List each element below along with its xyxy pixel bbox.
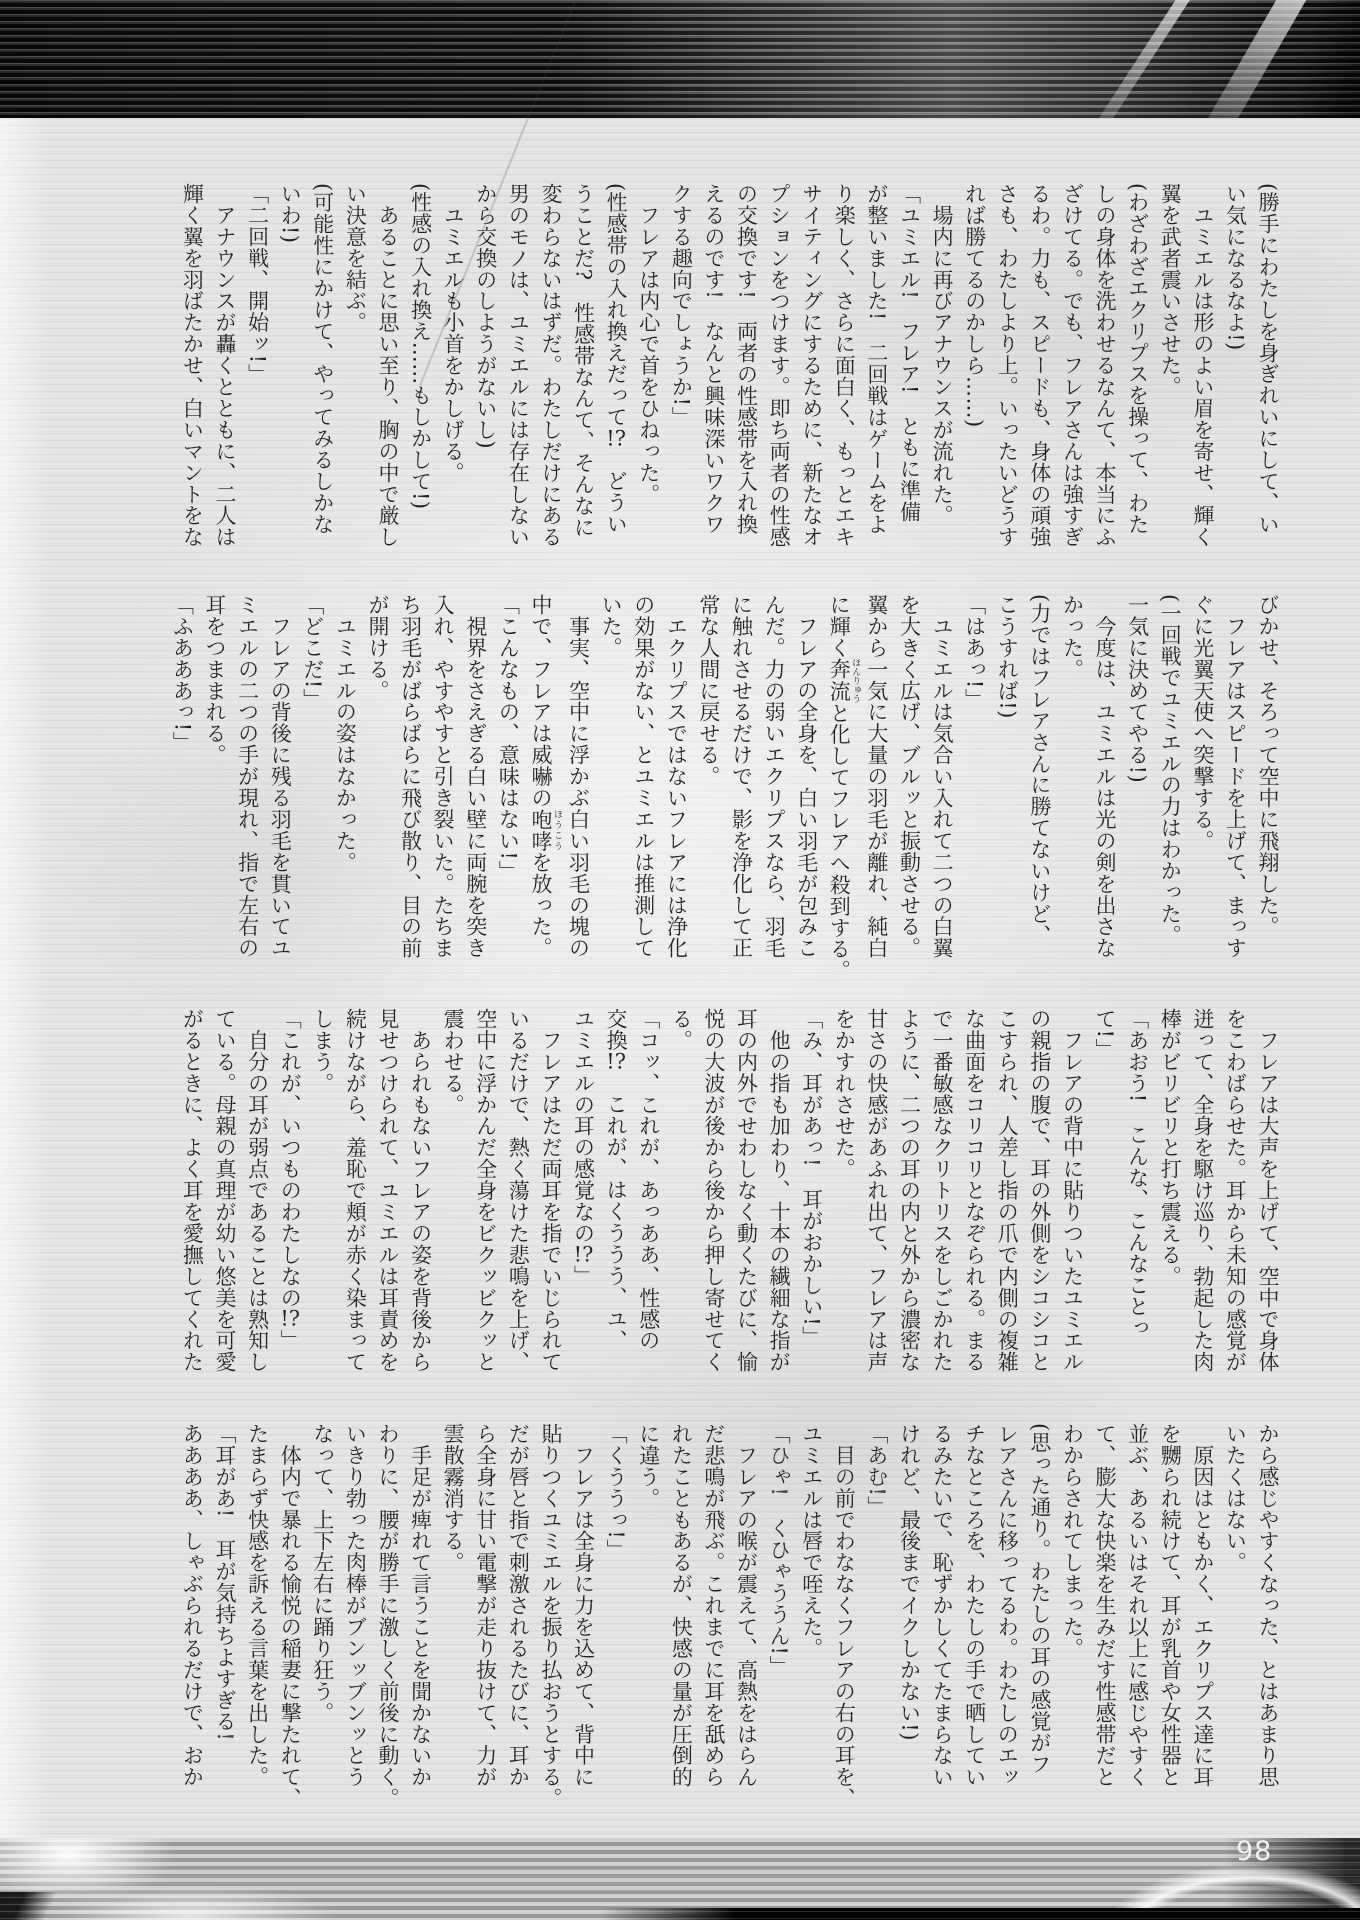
text-column: だ悲鳴が飛ぶ。これまでに耳を舐めら — [697, 1423, 730, 1813]
text-column: 耳の内外でせわしなく動くたびに、愉 — [730, 1008, 763, 1398]
text-column: 棒がビリビリと打ち震える。 — [1154, 1008, 1187, 1398]
text-column: アナウンスが轟くとともに、二人は — [208, 183, 241, 573]
text-column: 「あおう! こんな、こんなことっ — [1121, 1008, 1154, 1398]
text-column: 「はあっ!」 — [958, 594, 991, 984]
text-column: 震わせる。 — [437, 1008, 470, 1398]
text-column: ユミエルは気合い入れて二つの白翼 — [925, 594, 958, 984]
text-column: フレアは内心で首をひねった。 — [632, 183, 665, 573]
text-column: チなところを、わたしの手で晒してい — [958, 1423, 991, 1813]
text-column: 自分の耳が弱点であることは熟知し — [241, 1008, 274, 1398]
text-column: フレアの背中に貼りついたユミエル — [1056, 1008, 1089, 1398]
text-column: (思った通り。わたしの耳の感覚がフ — [1023, 1423, 1056, 1813]
text-column: 「二回戦、開始ッ!」 — [241, 183, 274, 573]
text-column: いたくはない。 — [1219, 1423, 1252, 1813]
text-column: 「ふあああっ!」 — [166, 594, 199, 984]
text-column: 手足が痺れて言うことを聞かないか — [404, 1423, 437, 1813]
text-column: れば勝てるのかしら……) — [958, 183, 991, 573]
scanned-novel-page: (勝手にわたしを身ぎれいにして、いい気になるなよ!) ユミエルは形のよい眉を寄せ… — [0, 0, 1360, 1920]
text-column: (性感帯の入れ換えだって!? どうい — [600, 183, 633, 573]
text-column: さも、わたしより上。いったいどうす — [991, 183, 1024, 573]
text-column: (性感の入れ換え……もしかして!) — [404, 183, 437, 573]
text-column: えるのです! なんと興味深いワクワ — [697, 183, 730, 573]
text-column: 並ぶ、あるいはそれ以上に感じやすく — [1121, 1423, 1154, 1813]
text-column: を大きく広げ、ブルッと振動させる。 — [893, 594, 926, 984]
text-column: フレアは全身に力を込めて、背中に — [567, 1423, 600, 1813]
text-column: をかすれさせた。 — [828, 1008, 861, 1398]
text-column: い気になるなよ!) — [1219, 183, 1252, 573]
footer-corner-shadow — [0, 1892, 80, 1920]
text-column: に違う。 — [632, 1423, 665, 1813]
text-column: 目の前でわななくフレアの右の耳を、 — [828, 1423, 861, 1813]
footer-black-edge — [600, 1908, 1360, 1920]
text-column: に触れさせるだけで、影を浄化して正 — [725, 594, 758, 984]
text-column: 悦の大波が後から後から押し寄せてく — [697, 1008, 730, 1398]
text-column: あることに思い至り、胸の中で厳し — [371, 183, 404, 573]
text-column: プションをつけます。即ち両者の性感 — [763, 183, 796, 573]
text-column: て、膨大な快楽を生みだす性感帯だと — [1088, 1423, 1121, 1813]
text-column: 続けながら、羞恥で頬が赤く染まって — [339, 1008, 372, 1398]
text-column: 今度は、ユミエルは光の剣を出さな — [1088, 594, 1121, 984]
text-column: を嬲られ続けて、耳が乳首や女性器と — [1154, 1423, 1187, 1813]
text-band-2: びかせ、そろって空中に飛翔した。 フレアはスピードを上げて、まっすぐに光翼天使へ… — [168, 594, 1284, 984]
text-column: が整いました! 二回戦はゲームをよ — [860, 183, 893, 573]
text-column: ミエルの二つの手が現れ、指で左右の — [231, 594, 264, 984]
text-band-3: フレアは大声を上げて、空中で身体をこわばらせた。耳から未知の感覚が迸って、全身を… — [168, 1008, 1284, 1398]
light-streak — [1066, 0, 1201, 118]
text-column: 体内で暴れる愉悦の稲妻に撃たれて、 — [274, 1423, 307, 1813]
text-column: 場内に再びアナウンスが流れた。 — [925, 183, 958, 573]
text-column: 見せつけられて、ユミエルは耳責めを — [371, 1008, 404, 1398]
text-column: 空中に浮かんだ全身をビクッビクッと — [469, 1008, 502, 1398]
text-column: しまう。 — [306, 1008, 339, 1398]
text-column: 中で、フレアは威嚇の咆哮ほうこうを放った。 — [524, 594, 562, 984]
text-column: 雲散霧消する。 — [437, 1423, 470, 1813]
text-column: から感じやすくなった、とはあまり思 — [1251, 1423, 1284, 1813]
text-column: いた。 — [595, 594, 628, 984]
text-column: クする趣向でしょうか!」 — [665, 183, 698, 573]
text-band-1: (勝手にわたしを身ぎれいにして、いい気になるなよ!) ユミエルは形のよい眉を寄せ… — [168, 183, 1284, 573]
text-column: (一回戦でユミエルの力はわかった。 — [1154, 594, 1187, 984]
text-column: ている。母親の真理が幼い悠美を可愛 — [208, 1008, 241, 1398]
text-column: 変わらないはずだ。わたしだけにある — [534, 183, 567, 573]
text-column: ら全身に甘い電撃が走り抜けて、力が — [469, 1423, 502, 1813]
text-column: んだ。力の弱いエクリプスなら、羽毛 — [758, 594, 791, 984]
text-column: ユミエルの姿はなかった。 — [329, 594, 362, 984]
text-column: ああああ、しゃぶられるだけで、おか — [176, 1423, 209, 1813]
text-column: あられもないフレアの姿を背後から — [404, 1008, 437, 1398]
text-column: 「あむ!」 — [860, 1423, 893, 1813]
text-column: 事実、空中に浮かぶ白い羽毛の塊の — [562, 594, 595, 984]
text-column: フレアの背後に残る羽毛を貫いてユ — [264, 594, 297, 984]
text-column: れたこともあるが、快感の量が圧倒的 — [665, 1423, 698, 1813]
text-column: がるときに、よく耳を愛撫してくれた — [176, 1008, 209, 1398]
text-column: 翼から一気に大量の羽毛が離れ、純白 — [860, 594, 893, 984]
text-band-4: から感じやすくなった、とはあまり思いたくはない。 原因はともかく、エクリプス達に… — [168, 1423, 1284, 1813]
text-column: て!」 — [1088, 1008, 1121, 1398]
text-column: 「ユミエル! フレア! ともに準備 — [893, 183, 926, 573]
text-column: 貼りつくユミエルを振り払おうとする。 — [534, 1423, 567, 1813]
text-column: 一気に決めてやる!) — [1121, 594, 1154, 984]
text-column: こすられ、人差し指の爪で内側の複雑 — [991, 1008, 1024, 1398]
text-column: (力ではフレアさんに勝てないけど、 — [1023, 594, 1056, 984]
text-column: けれど、最後までイクしかない!) — [893, 1423, 926, 1813]
header-photo-strip — [0, 0, 1360, 118]
text-column: いるだけで、熱く蕩けた悲鳴を上げ、 — [502, 1008, 535, 1398]
text-column: 翼を武者震いさせた。 — [1154, 183, 1187, 573]
text-column: エクリプスではないフレアには浄化 — [660, 594, 693, 984]
tatechuyoko: !? — [278, 1308, 302, 1329]
text-column: 迸って、全身を駆け巡り、勃起した肉 — [1186, 1008, 1219, 1398]
text-column: フレアは大声を上げて、空中で身体 — [1251, 1008, 1284, 1398]
text-column: いきり勃った肉棒がブンッブンッとう — [339, 1423, 372, 1813]
text-column: 男のモノは、ユミエルには存在しない — [502, 183, 535, 573]
text-column: ユミエルは唇で咥えた。 — [795, 1423, 828, 1813]
tatechuyoko: !? — [604, 1051, 628, 1072]
text-column: るわ。力も、スピードも、身体の頑強 — [1023, 183, 1056, 573]
text-column: り楽しく、さらに面白く、もっとエキ — [828, 183, 861, 573]
text-column: わからされてしまった。 — [1056, 1423, 1089, 1813]
text-column: 「くううっ!」 — [600, 1423, 633, 1813]
text-column: レアさんに移ってるわ。わたしのエッ — [991, 1423, 1024, 1813]
text-column: 交換!? これが、はくううう、ユ、 — [600, 1008, 633, 1398]
text-column: をこわばらせた。耳から未知の感覚が — [1219, 1008, 1252, 1398]
tatechuyoko: !? — [604, 428, 628, 449]
page-number: 98 — [1236, 1836, 1272, 1867]
dark-wedge — [1291, 0, 1360, 118]
text-column: (勝手にわたしを身ぎれいにして、い — [1251, 183, 1284, 573]
text-column: サイティングにするために、新たなオ — [795, 183, 828, 573]
text-column: ように、二つの耳の内と外から濃密な — [893, 1008, 926, 1398]
tatechuyoko: !? — [572, 1244, 596, 1265]
text-column: 常な人間に戻せる。 — [692, 594, 725, 984]
text-column: 他の指も加わり、十本の繊細な指が — [763, 1008, 796, 1398]
text-column: (可能性にかけて、やってみるしかな — [306, 183, 339, 573]
text-column: (わざわざエクリプスを操って、わた — [1121, 183, 1154, 573]
text-column: 耳をつままれる。 — [198, 594, 231, 984]
text-column: の親指の腹で、耳の外側をシコシコと — [1023, 1008, 1056, 1398]
text-column: るみたいで、恥ずかしくてたまらない — [925, 1423, 958, 1813]
text-column: 「コッ、これが、あっああ、性感の — [632, 1008, 665, 1398]
text-column: 視界をさえぎる白い壁に両腕を突き — [459, 594, 492, 984]
text-column: びかせ、そろって空中に飛翔した。 — [1251, 594, 1284, 984]
text-column: 「ひゃ! くひゃううん!」 — [763, 1423, 796, 1813]
text-column: ユミエルは形のよい眉を寄せ、輝く — [1186, 183, 1219, 573]
text-column: いわ!) — [274, 183, 307, 573]
text-column: こうすれば!) — [991, 594, 1024, 984]
text-column: の効果がない、とユミエルは推測して — [627, 594, 660, 984]
text-column: から交換のしようがないし) — [469, 183, 502, 573]
text-column: フレアの全身を、白い羽毛が包みこ — [790, 594, 823, 984]
light-streak — [1179, 0, 1312, 118]
text-column: 「耳があ! 耳が気持ちよすぎる! — [208, 1423, 241, 1813]
text-column: な曲面をコリコリとなぞられる。まる — [958, 1008, 991, 1398]
text-column: ち羽毛がばらばらに飛び散り、目の前 — [394, 594, 427, 984]
text-column: で一番敏感なクリトリスをしごかれた — [925, 1008, 958, 1398]
text-column: に輝く奔流ほんりゅうと化してフレアへ殺到する。 — [823, 594, 861, 984]
text-column: が開ける。 — [361, 594, 394, 984]
text-column: 「み、耳があっ! 耳がおかしい!」 — [795, 1008, 828, 1398]
text-column: 「これが、いつものわたしなの!?」 — [274, 1008, 307, 1398]
text-column: ぐに光翼天使へ突撃する。 — [1186, 594, 1219, 984]
text-column: フレアはスピードを上げて、まっす — [1219, 594, 1252, 984]
text-column: だが唇と指で刺激されるたびに、耳か — [502, 1423, 535, 1813]
text-column: フレアはただ両耳を指でいじられて — [534, 1008, 567, 1398]
text-column: 原因はともかく、エクリプス達に耳 — [1186, 1423, 1219, 1813]
text-column: 輝く翼を羽ばたかせ、白いマントをな — [176, 183, 209, 573]
text-column: の交換です! 両者の性感帯を入れ換 — [730, 183, 763, 573]
text-column: フレアの喉が震えて、高熱をはらん — [730, 1423, 763, 1813]
text-column: かった。 — [1056, 594, 1089, 984]
text-column: たまらず快感を訴える言葉を出した。 — [241, 1423, 274, 1813]
text-column: 「どこだ!」 — [296, 594, 329, 984]
text-column: ユミエルも小首をかしげる。 — [437, 183, 470, 573]
text-column: る。 — [665, 1008, 698, 1398]
text-column: うことだ? 性感帯なんて、そんなに — [567, 183, 600, 573]
text-column: ざけてる。でも、フレアさんは強すぎ — [1056, 183, 1089, 573]
text-column: わりに、腰が勝手に激しく前後に動く。 — [371, 1423, 404, 1813]
text-column: しの身体を洗わせるなんて、本当にふ — [1088, 183, 1121, 573]
text-column: 甘さの快感があふれ出て、フレアは声 — [860, 1008, 893, 1398]
text-column: なって、上下左右に踊り狂う。 — [306, 1423, 339, 1813]
text-column: 「こんなもの、意味はない!」 — [492, 594, 525, 984]
footer-photo-strip — [0, 1838, 1360, 1920]
text-column: い決意を結ぶ。 — [339, 183, 372, 573]
text-column: ユミエルの耳の感覚なの!?」 — [567, 1008, 600, 1398]
text-column: 入れ、やすやすと引き裂いた。たちま — [427, 594, 460, 984]
